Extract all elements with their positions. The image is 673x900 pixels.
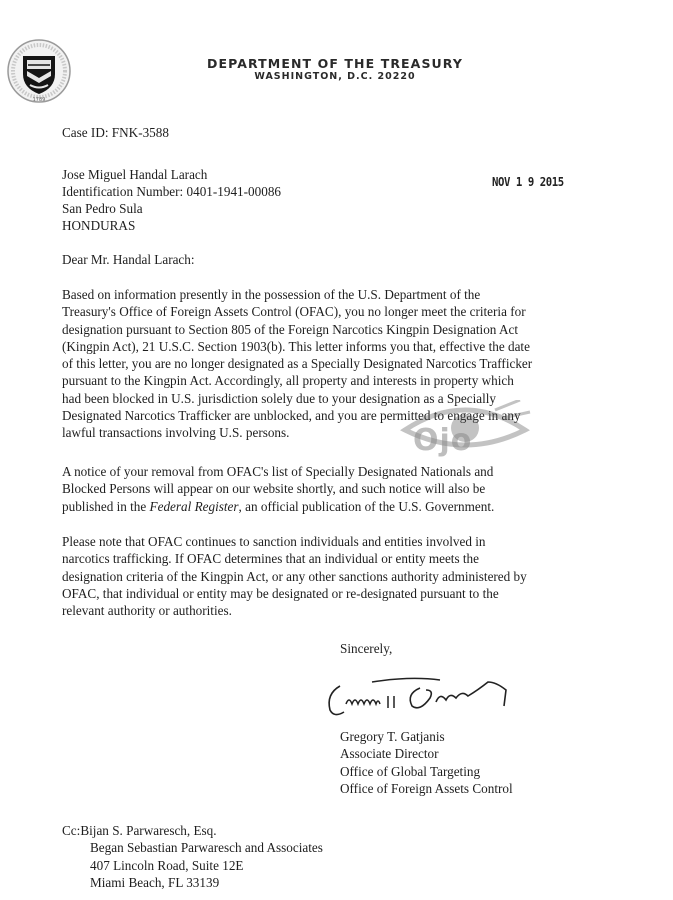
p2-line: A notice of your removal from OFAC's lis… [62, 463, 622, 480]
handwritten-signature [320, 668, 530, 726]
signatory-office: Office of Global Targeting [340, 763, 513, 780]
p1-line: Designated Narcotics Trafficker are unbl… [62, 407, 622, 424]
p1-line: lawful transactions involving U.S. perso… [62, 424, 622, 441]
p3-line: narcotics trafficking. If OFAC determine… [62, 550, 622, 567]
p1-line: pursuant to the Kingpin Act. Accordingly… [62, 372, 622, 389]
cc-block: Cc:Bijan S. Parwaresch, Esq. Began Sebas… [62, 822, 323, 891]
federal-register-italic: Federal Register [150, 499, 239, 514]
signatory-block: Gregory T. Gatjanis Associate Director O… [340, 728, 513, 797]
recipient-country: HONDURAS [62, 217, 135, 234]
p1-line: designation pursuant to Section 805 of t… [62, 321, 622, 338]
p2-line: published in the Federal Register, an of… [62, 498, 622, 515]
p3-line: OFAC, that individual or entity may be d… [62, 585, 622, 602]
treasury-seal-icon: 1789 [6, 38, 72, 104]
signatory-name: Gregory T. Gatjanis [340, 728, 513, 745]
paragraph-sanctions-warning: Please note that OFAC continues to sanct… [62, 533, 622, 619]
p1-line: Based on information presently in the po… [62, 286, 622, 303]
letterhead-title: DEPARTMENT OF THE TREASURY [170, 56, 500, 71]
p1-line: Treasury's Office of Foreign Assets Cont… [62, 303, 622, 320]
p1-line: had been blocked in U.S. jurisdiction so… [62, 390, 622, 407]
p1-line: (Kingpin Act), 21 U.S.C. Section 1903(b)… [62, 338, 622, 355]
recipient-name: Jose Miguel Handal Larach [62, 166, 207, 183]
paragraph-delisting-notice: Based on information presently in the po… [62, 286, 622, 442]
salutation: Dear Mr. Handal Larach: [62, 251, 195, 268]
recipient-id-number: Identification Number: 0401-1941-00086 [62, 183, 281, 200]
paragraph-sdn-removal: A notice of your removal from OFAC's lis… [62, 463, 622, 515]
signatory-agency: Office of Foreign Assets Control [340, 780, 513, 797]
case-id: Case ID: FNK-3588 [62, 124, 169, 141]
cc-firm: Began Sebastian Parwaresch and Associate… [62, 839, 323, 856]
p2-text: published in the [62, 499, 150, 514]
signatory-title: Associate Director [340, 745, 513, 762]
cc-label: Cc: [62, 823, 80, 838]
p1-line: of this letter, you are no longer design… [62, 355, 622, 372]
p2-line: Blocked Persons will appear on our websi… [62, 480, 622, 497]
svg-text:1789: 1789 [33, 97, 46, 103]
closing: Sincerely, [340, 640, 392, 657]
p3-line: designation criteria of the Kingpin Act,… [62, 568, 622, 585]
cc-city: Miami Beach, FL 33139 [62, 874, 323, 891]
cc-name: Bijan S. Parwaresch, Esq. [80, 823, 216, 838]
p3-line: Please note that OFAC continues to sanct… [62, 533, 622, 550]
cc-street: 407 Lincoln Road, Suite 12E [62, 857, 323, 874]
letterhead-address: WASHINGTON, D.C. 20220 [170, 71, 500, 82]
p3-line: relevant authority or authorities. [62, 602, 622, 619]
p2-text: , an official publication of the U.S. Go… [239, 499, 495, 514]
date-stamp: NOV 1 9 2015 [492, 174, 564, 189]
ojo-watermark-text: Ojo [413, 423, 472, 458]
recipient-city: San Pedro Sula [62, 200, 143, 217]
